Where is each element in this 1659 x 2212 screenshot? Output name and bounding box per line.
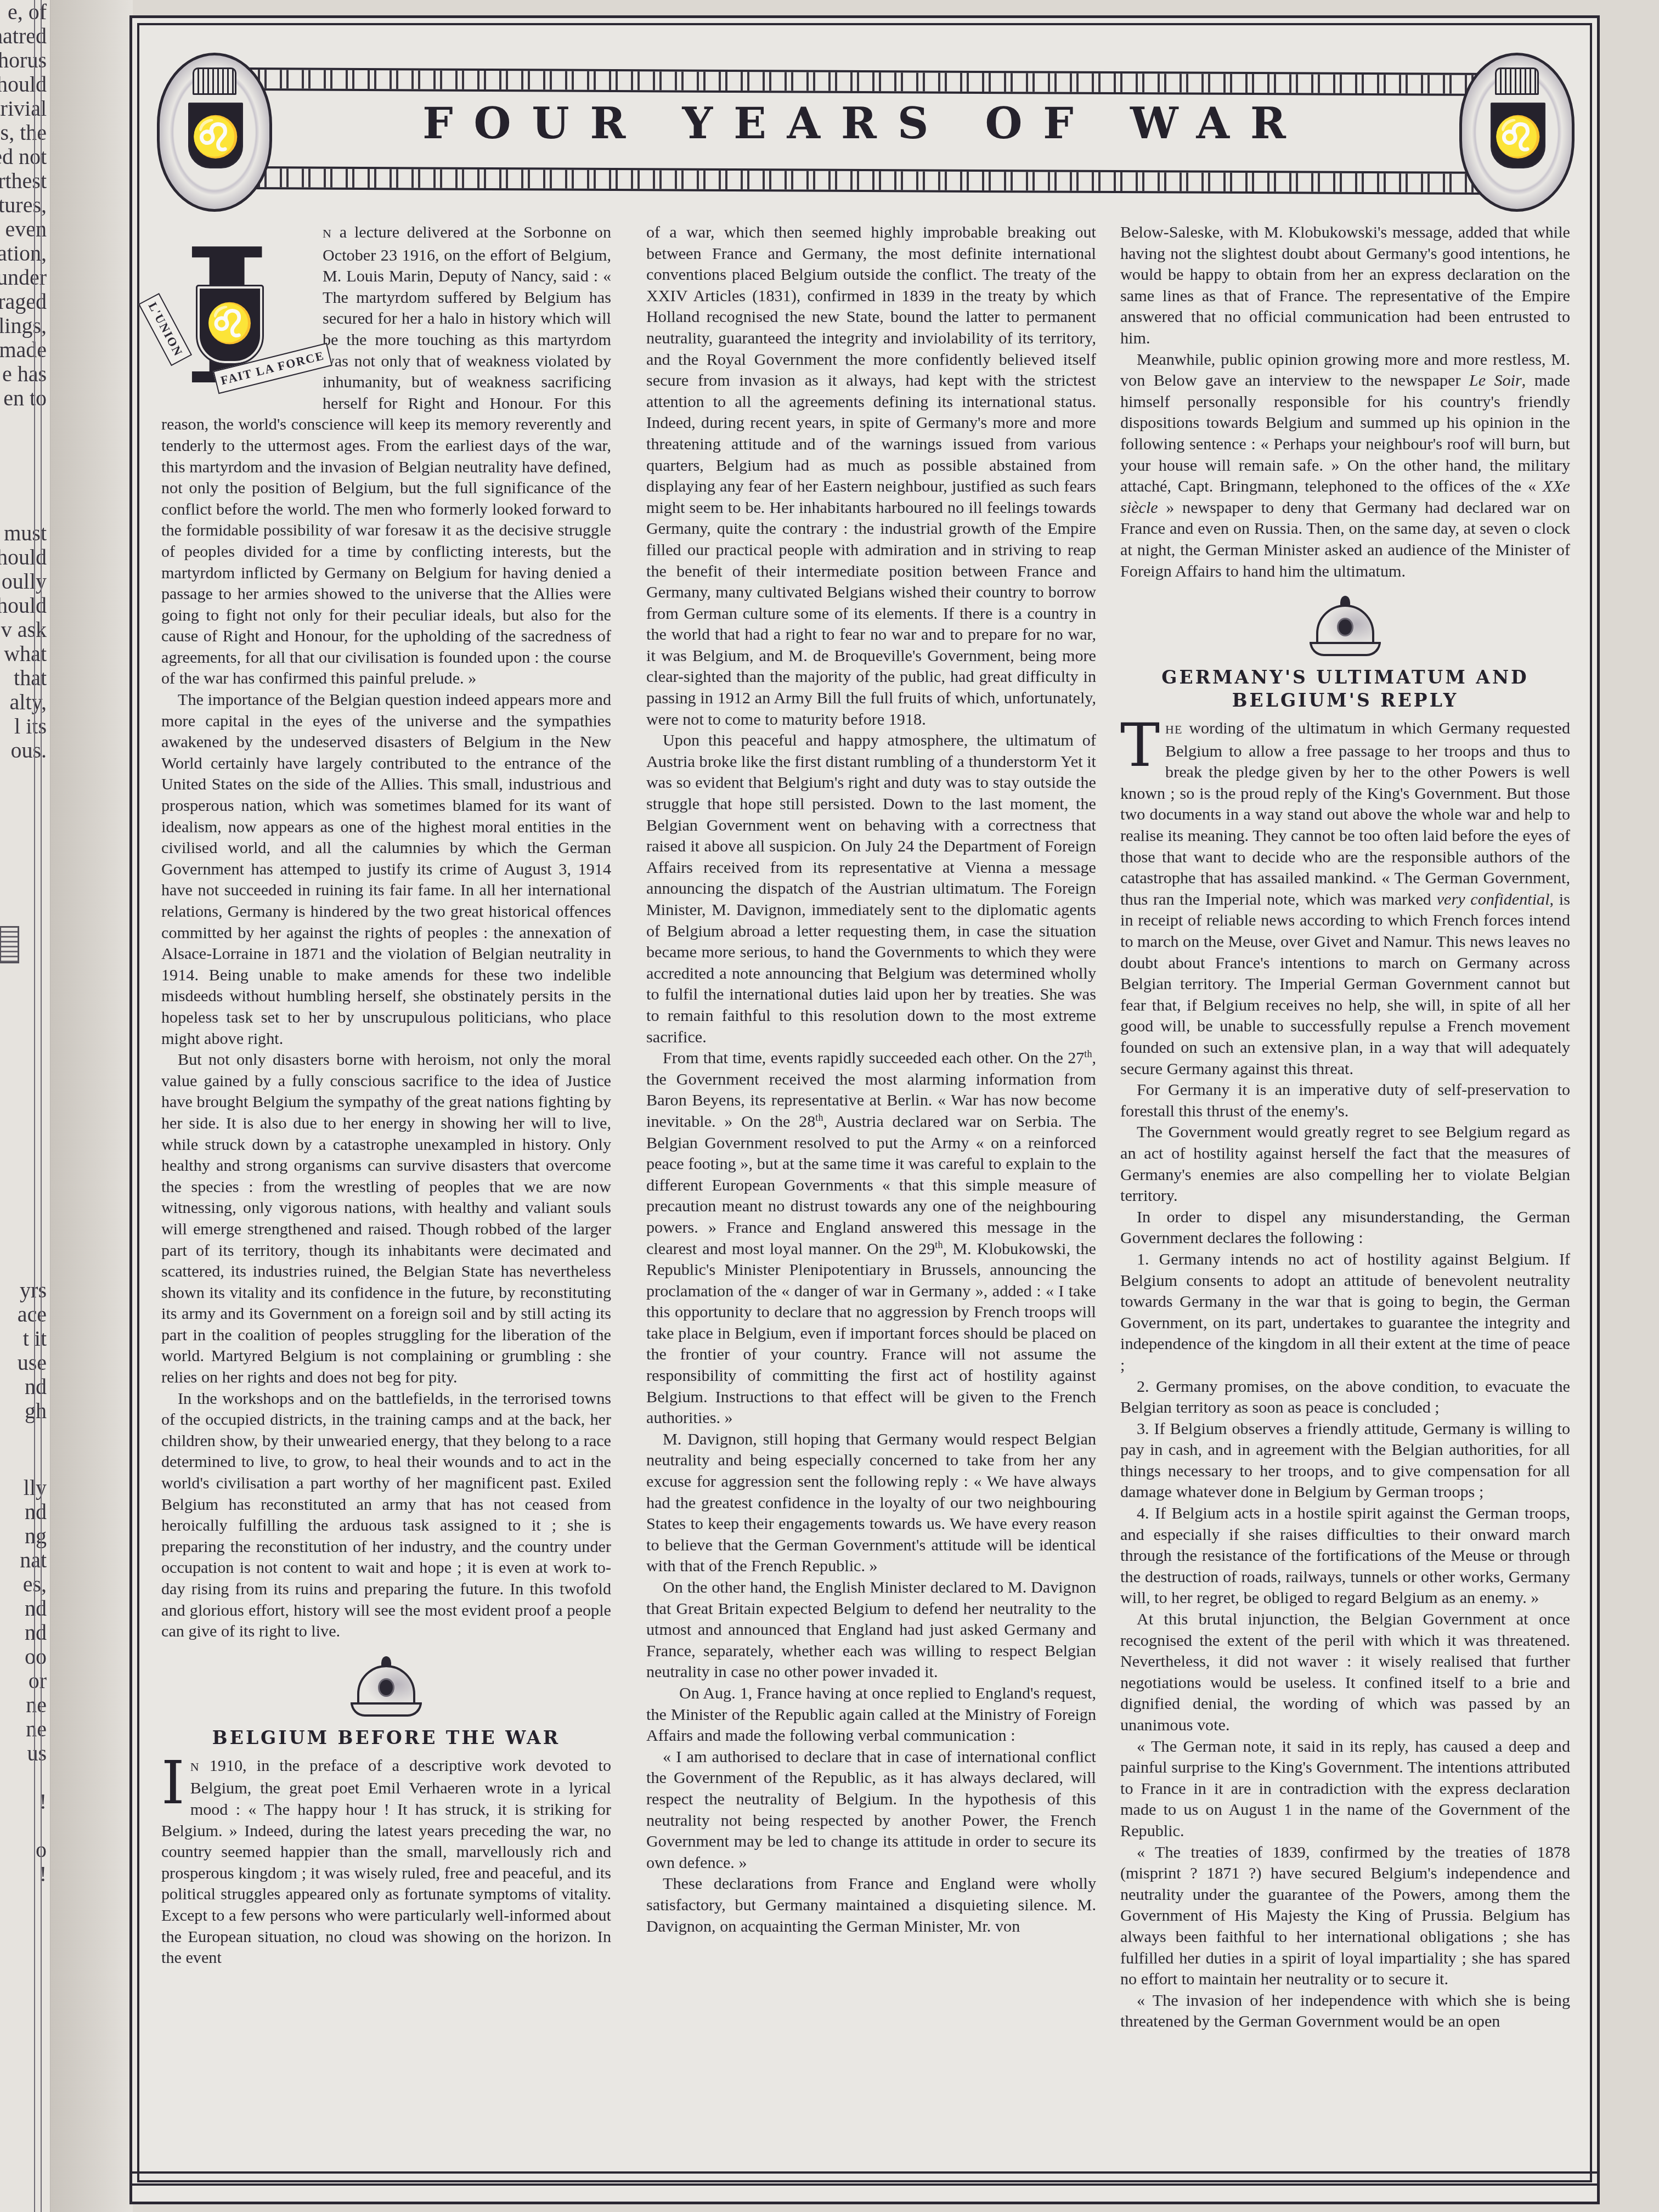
article-column-2: of a war, which then seemed highly impro… xyxy=(646,222,1096,1937)
facing-page-edge: e, of hatred chorus should trivial gs, t… xyxy=(0,0,50,2212)
article-column-1: I ♌ L'UNION FAIT LA FORCE N a lecture de… xyxy=(161,222,611,1968)
paragraph: « I am authorised to declare that in cas… xyxy=(646,1746,1096,1874)
facing-page-ornament xyxy=(0,926,19,963)
facing-page-text-lower: yrs ace t it use nd gh xyxy=(18,1278,47,1423)
crown-icon xyxy=(1495,67,1539,95)
paragraph: In order to dispel any misunderstanding,… xyxy=(1120,1206,1570,1249)
paragraph: From that time, events rapidly succeeded… xyxy=(646,1047,1096,1429)
section-heading: BELGIUM BEFORE THE WAR xyxy=(161,1726,611,1750)
book-gutter xyxy=(50,0,133,2212)
paragraph: On the other hand, the English Minister … xyxy=(646,1577,1096,1683)
paragraph: But not only disasters borne with herois… xyxy=(161,1049,611,1388)
facing-page-text-bottom: lly nd ng nat es, nd nd oo or ne ne us !… xyxy=(20,1476,47,1886)
paragraph: At this brutal injunction, the Belgian G… xyxy=(1120,1609,1570,1736)
paragraph: In the workshops and on the battlefields… xyxy=(161,1388,611,1642)
paragraph: The importance of the Belgian question i… xyxy=(161,689,611,1049)
lion-shield-icon: ♌ xyxy=(1491,103,1545,168)
lion-shield-icon: ♌ xyxy=(188,103,243,168)
paragraph: Meanwhile, public opinion growing more a… xyxy=(1120,349,1570,582)
paragraph: IN 1910, in the preface of a descriptive… xyxy=(161,1755,611,1968)
banner-band-top xyxy=(184,67,1545,97)
paragraph: THE wording of the ultimatum in which Ge… xyxy=(1120,718,1570,1079)
lion-crest-icon: ♌ xyxy=(157,53,272,212)
lion-crest-icon: ♌ xyxy=(1459,53,1575,212)
paragraph: « The German note, it said in its reply,… xyxy=(1120,1736,1570,1842)
title-banner: FOUR YEARS OF WAR ♌ ♌ xyxy=(179,65,1550,202)
paragraph: Below-Saleske, with M. Klobukowski's mes… xyxy=(1120,222,1570,349)
page-border-bottom-rule xyxy=(129,2171,1600,2186)
list-item: 2. Germany promises, on the above condit… xyxy=(1120,1376,1570,1418)
drop-cap: I xyxy=(161,1757,185,1810)
paragraph: Upon this peaceful and happy atmosphere,… xyxy=(646,730,1096,1047)
lion-shield-icon: ♌ xyxy=(198,286,262,363)
paragraph: « The treaties of 1839, confirmed by the… xyxy=(1120,1842,1570,1990)
list-item: 3. If Belgium observes a friendly attitu… xyxy=(1120,1418,1570,1503)
helmet-icon xyxy=(351,1656,422,1717)
drop-cap: T xyxy=(1120,720,1160,772)
paragraph: On Aug. 1, France having at once replied… xyxy=(646,1683,1096,1746)
paragraph: These declarations from France and Engla… xyxy=(646,1873,1096,1937)
helmet-icon xyxy=(1310,596,1381,656)
page-title: FOUR YEARS OF WAR xyxy=(179,99,1550,149)
article-column-3: Below-Saleske, with M. Klobukowski's mes… xyxy=(1120,222,1570,2032)
crown-icon xyxy=(193,67,236,95)
paragraph: The Government would greatly regret to s… xyxy=(1120,1121,1570,1206)
list-item: 4. If Belgium acts in a hostile spirit a… xyxy=(1120,1503,1570,1609)
paragraph: of a war, which then seemed highly impro… xyxy=(646,222,1096,730)
banner-band-bottom xyxy=(184,166,1545,195)
ornamental-initial-i: I ♌ L'UNION FAIT LA FORCE xyxy=(161,227,308,408)
list-item: 1. Germany intends no act of hostility a… xyxy=(1120,1249,1570,1376)
facing-page-border xyxy=(34,0,42,2212)
magazine-page: FOUR YEARS OF WAR ♌ ♌ I ♌ L'UNION FAIT L… xyxy=(129,15,1600,2204)
section-heading: GERMANY'S ULTIMATUM AND BELGIUM'S REPLY xyxy=(1120,666,1570,712)
paragraph: « The invasion of her independence with … xyxy=(1120,1990,1570,2032)
paragraph: For Germany it is an imperative duty of … xyxy=(1120,1079,1570,1121)
paragraph: M. Davignon, still hoping that Germany w… xyxy=(646,1429,1096,1577)
